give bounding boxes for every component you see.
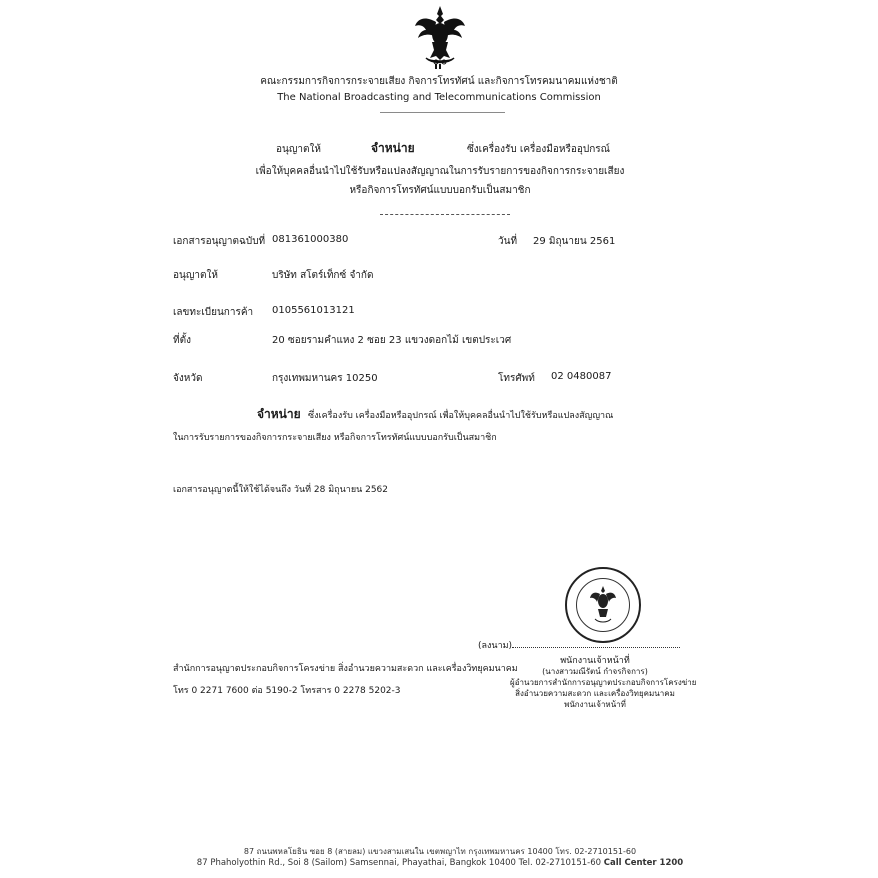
body-line-1: ซึ่งเครื่องรับ เครื่องมือหรืออุปกรณ์ เพื… — [308, 408, 613, 422]
footer-address-thai: 87 ถนนพหลโยธิน ซอย 8 (สายลม) แขวงสามเสนใ… — [150, 845, 730, 858]
body-line-2: ในการรับรายการของกิจการกระจายเสียง หรือก… — [173, 430, 497, 444]
signature-line — [512, 647, 680, 648]
signature-label: (ลงนาม) — [478, 638, 512, 652]
address-label: ที่ตั้ง — [173, 333, 191, 348]
title-line-2: เพื่อให้บุคคลอื่นนำไปใช้รับหรือแปลงสัญญา… — [240, 164, 640, 179]
office-contact: โทร 0 2271 7600 ต่อ 5190-2 โทรสาร 0 2278… — [173, 683, 401, 697]
grantee-label: อนุญาตให้ — [173, 268, 218, 283]
body-action: จำหน่าย — [257, 405, 301, 424]
phone-value: 02 0480087 — [551, 371, 611, 382]
address-value: 20 ซอยรามคำแหง 2 ซอย 23 แขวงดอกไม้ เขตปร… — [272, 333, 511, 348]
title-divider — [380, 214, 510, 215]
signer-position-3: พนักงานเจ้าหน้าที่ — [510, 698, 680, 711]
grantee-value: บริษัท สโตร์เท็กซ์ จำกัด — [272, 268, 373, 283]
issue-date-label: วันที่ — [498, 234, 517, 249]
province-label: จังหวัด — [173, 371, 202, 386]
registration-label: เลขทะเบียนการค้า — [173, 305, 253, 320]
validity-statement: เอกสารอนุญาตนี้ให้ใช้ได้จนถึง วันที่ 28 … — [173, 482, 388, 496]
phone-label: โทรศัพท์ — [498, 371, 535, 386]
title-action: จำหน่าย — [371, 139, 415, 158]
org-name-thai: คณะกรรมการกิจการกระจายเสียง กิจการโทรทัศ… — [200, 74, 678, 89]
province-value: กรุงเทพมหานคร 10250 — [272, 371, 378, 386]
footer-english-text: 87 Phaholyothin Rd., Soi 8 (Sailom) Sams… — [197, 858, 601, 868]
title-object: ซึ่งเครื่องรับ เครื่องมือหรืออุปกรณ์ — [467, 142, 610, 157]
garuda-emblem-icon — [414, 4, 466, 70]
seal-garuda-icon — [589, 585, 617, 623]
issue-date-value: 29 มิถุนายน 2561 — [533, 234, 615, 249]
footer-address-english: 87 Phaholyothin Rd., Soi 8 (Sailom) Sams… — [140, 858, 740, 868]
official-seal-icon — [565, 567, 641, 643]
header-divider — [380, 112, 505, 113]
title-permit-label: อนุญาตให้ — [276, 142, 321, 157]
org-name-english: The National Broadcasting and Telecommun… — [200, 92, 678, 103]
doc-number-label: เอกสารอนุญาตฉบับที่ — [173, 234, 265, 249]
footer-call-center: Call Center 1200 — [604, 858, 683, 868]
title-line-3: หรือกิจการโทรทัศน์แบบบอกรับเป็นสมาชิก — [240, 183, 640, 198]
doc-number-value: 081361000380 — [272, 234, 348, 245]
office-name: สำนักการอนุญาตประกอบกิจการโครงข่าย สิ่งอ… — [173, 661, 518, 675]
registration-value: 0105561013121 — [272, 305, 355, 316]
